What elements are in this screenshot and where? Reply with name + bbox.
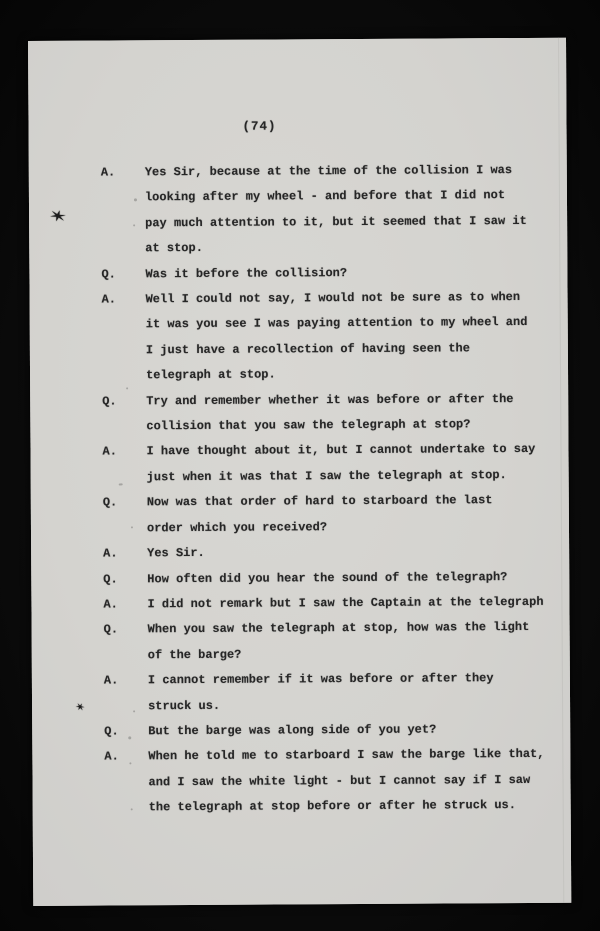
qa-entry: A. Yes Sir, because at the time of the c… xyxy=(29,158,568,263)
transcript-line: How often did you hear the sound of the … xyxy=(147,564,569,592)
transcript-line: Try and remember whether it was before o… xyxy=(146,386,568,414)
transcript-line: I have thought about it, but I cannot un… xyxy=(146,437,568,465)
transcript-line: I did not remark but I saw the Captain a… xyxy=(147,590,569,618)
entry-lines: When he told me to starboard I saw the b… xyxy=(148,742,570,821)
transcript-line: Well I could not say, I would not be sur… xyxy=(146,285,568,313)
qa-entry: Q. But the barge was along side of you y… xyxy=(32,717,570,746)
transcript-line: the telegraph at stop before or after he… xyxy=(149,793,571,821)
qa-entry: A. Yes Sir. xyxy=(31,539,569,568)
entry-lines: Was it before the collision? xyxy=(145,259,567,287)
speaker-label: A. xyxy=(101,160,145,186)
speaker-label: A. xyxy=(104,745,148,771)
speaker-label: A. xyxy=(104,668,148,694)
transcript-line: and I saw the white light - but I cannot… xyxy=(148,767,570,795)
transcript-line: When you saw the telegraph at stop, how … xyxy=(148,615,570,643)
qa-entry: Q. Was it before the collision? xyxy=(29,259,567,288)
transcript-line: Now was that order of hard to starboard … xyxy=(147,488,569,516)
transcript-line: just when it was that I saw the telegrap… xyxy=(147,463,569,491)
entry-lines: I have thought about it, but I cannot un… xyxy=(146,437,568,490)
qa-entry: Q. Try and remember whether it was befor… xyxy=(30,386,568,440)
transcript-line: Yes Sir, because at the time of the coll… xyxy=(145,158,567,186)
entry-lines: Yes Sir. xyxy=(147,539,569,567)
entry-lines: I did not remark but I saw the Captain a… xyxy=(147,590,569,618)
entry-lines: How often did you hear the sound of the … xyxy=(147,564,569,592)
entry-lines: I cannot remember if it was before or af… xyxy=(148,666,570,719)
speaker-label: A. xyxy=(103,541,147,567)
page-number: (74) xyxy=(242,119,276,133)
transcript: A. Yes Sir, because at the time of the c… xyxy=(29,158,571,822)
qa-entry: A. I have thought about it, but I cannot… xyxy=(30,437,568,491)
transcript-line: of the barge? xyxy=(148,640,570,668)
qa-entry: Q. Now was that order of hard to starboa… xyxy=(31,488,569,542)
transcript-line: But the barge was along side of you yet? xyxy=(148,717,570,745)
transcript-line: collision that you saw the telegraph at … xyxy=(146,412,568,440)
qa-entry: A. Well I could not say, I would not be … xyxy=(30,285,569,390)
transcript-line: at stop. xyxy=(145,234,567,262)
speaker-label: Q. xyxy=(103,491,147,517)
scan-background: (74) ✶ ✶ A. Yes Sir, because at the time… xyxy=(0,0,600,931)
document-page: (74) ✶ ✶ A. Yes Sir, because at the time… xyxy=(28,38,571,906)
transcript-line: order which you received? xyxy=(147,513,569,541)
qa-entry: A. I did not remark but I saw the Captai… xyxy=(31,590,569,619)
transcript-line: looking after my wheel - and before that… xyxy=(145,183,567,211)
entry-lines: But the barge was along side of you yet? xyxy=(148,717,570,745)
transcript-line: telegraph at stop. xyxy=(146,361,568,389)
qa-entry: Q. When you saw the telegraph at stop, h… xyxy=(32,615,570,669)
transcript-line: Was it before the collision? xyxy=(145,259,567,287)
entry-lines: Now was that order of hard to starboard … xyxy=(147,488,569,541)
speaker-label: A. xyxy=(102,287,146,313)
transcript-line: struck us. xyxy=(148,691,570,719)
transcript-line: When he told me to starboard I saw the b… xyxy=(148,742,570,770)
speaker-label: A. xyxy=(102,440,146,466)
speaker-label: A. xyxy=(103,592,147,618)
qa-entry: A. When he told me to starboard I saw th… xyxy=(32,742,570,822)
speaker-label: Q. xyxy=(104,719,148,745)
entry-lines: Yes Sir, because at the time of the coll… xyxy=(145,158,568,262)
speaker-label: Q. xyxy=(104,618,148,644)
entry-lines: When you saw the telegraph at stop, how … xyxy=(148,615,570,668)
transcript-line: I cannot remember if it was before or af… xyxy=(148,666,570,694)
qa-entry: A. I cannot remember if it was before or… xyxy=(32,666,570,720)
speaker-label: Q. xyxy=(103,567,147,593)
transcript-line: Yes Sir. xyxy=(147,539,569,567)
transcript-line: it was you see I was paying attention to… xyxy=(146,310,568,338)
transcript-line: pay much attention to it, but it seemed … xyxy=(145,209,567,237)
transcript-line: I just have a recollection of having see… xyxy=(146,336,568,364)
entry-lines: Try and remember whether it was before o… xyxy=(146,386,568,439)
qa-entry: Q. How often did you hear the sound of t… xyxy=(31,564,569,593)
speaker-label: Q. xyxy=(102,389,146,415)
entry-lines: Well I could not say, I would not be sur… xyxy=(146,285,569,389)
speaker-label: Q. xyxy=(101,262,145,288)
